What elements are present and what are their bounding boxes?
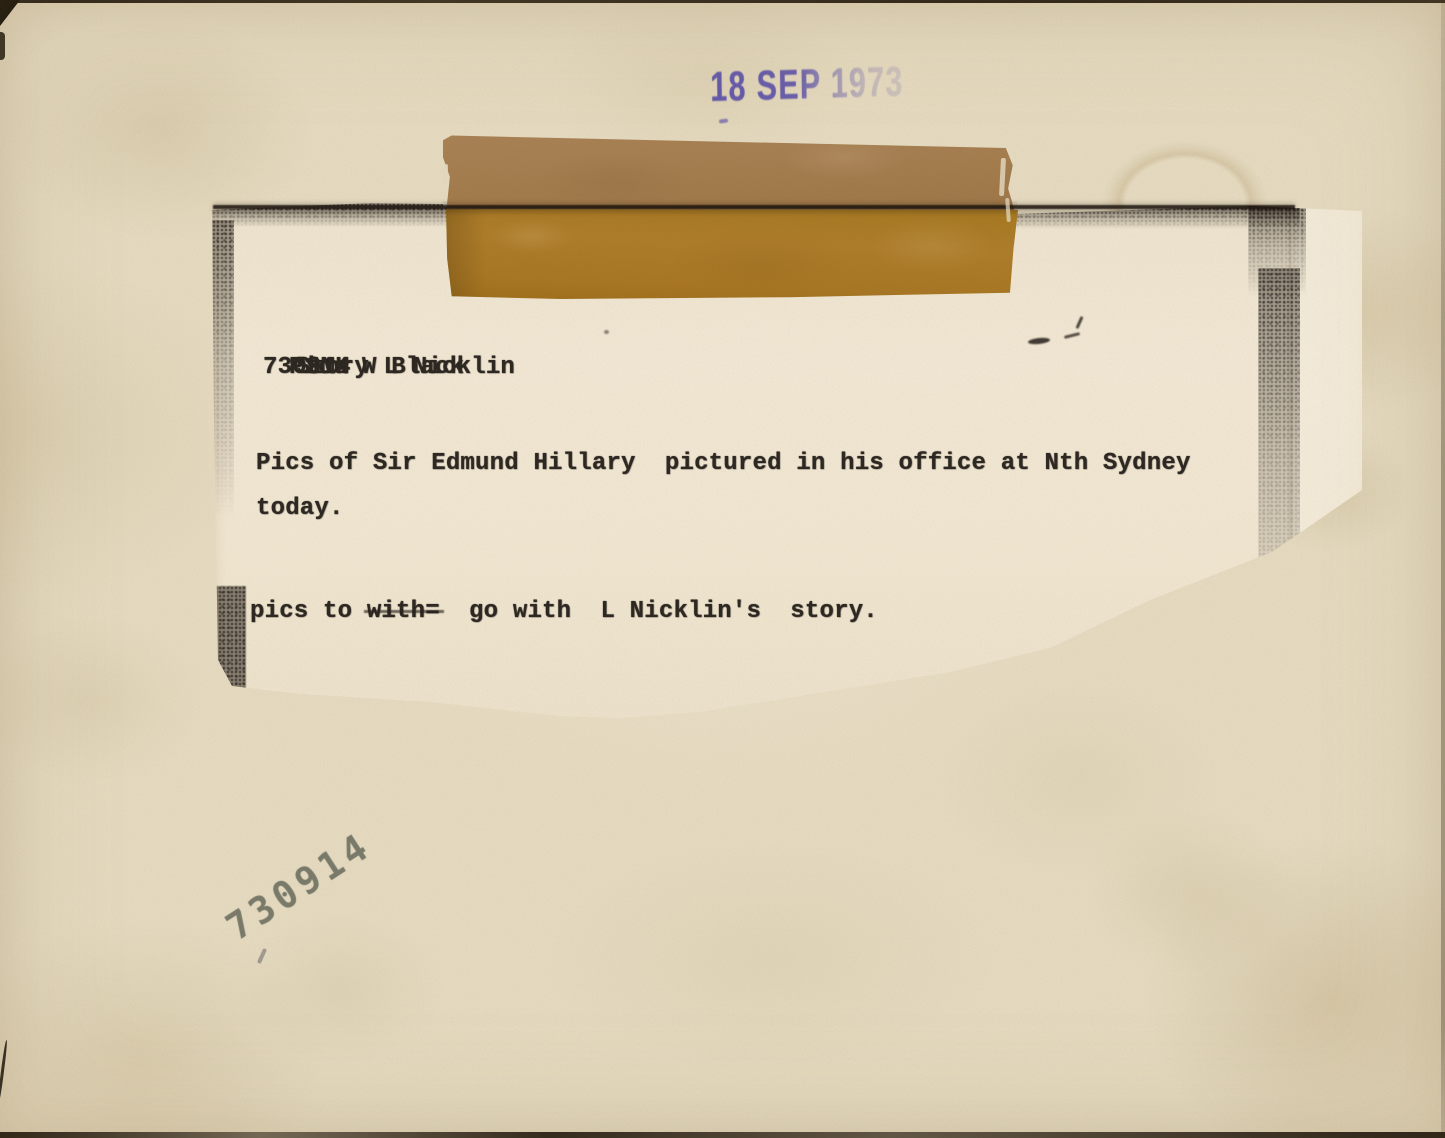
photocopy-border-left	[212, 220, 234, 530]
date-stamp: 18 SEP 1973	[710, 60, 904, 108]
photo-back-scan: 730914 Pics W Black Story L Nicklin SMH …	[0, 0, 1445, 1138]
caption-description-line1: Pics of Sir Edmund Hillary pictured in h…	[256, 450, 1191, 478]
caption-description-line2: today.	[256, 495, 344, 523]
tape-torn-edge	[443, 164, 448, 184]
label-top-edge-line	[213, 205, 1295, 209]
caption-publication: SMH	[306, 354, 350, 382]
masking-tape-lower	[446, 209, 1018, 299]
ink-blob	[1028, 337, 1051, 345]
scan-edge-right	[1441, 0, 1445, 1138]
typed-strikethrough	[364, 610, 444, 613]
scan-corner-shadow	[0, 32, 5, 60]
caption-routing-note: pics to with= go with L Nicklin's story.	[250, 598, 878, 626]
scratch-mark	[0, 1040, 8, 1102]
toner-smudge-left	[210, 586, 246, 704]
reference-number-stamp: 730914	[219, 824, 380, 949]
ink-squiggle	[1075, 316, 1083, 329]
pencil-mark	[257, 948, 267, 964]
stamp-ink-smear	[719, 118, 728, 123]
scan-edge-bottom	[0, 1132, 1445, 1138]
ink-speck	[604, 330, 609, 334]
ink-squiggle	[1064, 332, 1080, 339]
masking-tape-upper	[443, 134, 1015, 212]
photocopy-border-right	[1258, 268, 1300, 698]
scan-corner-shadow	[0, 0, 20, 26]
scan-edge-top	[0, 0, 1445, 3]
